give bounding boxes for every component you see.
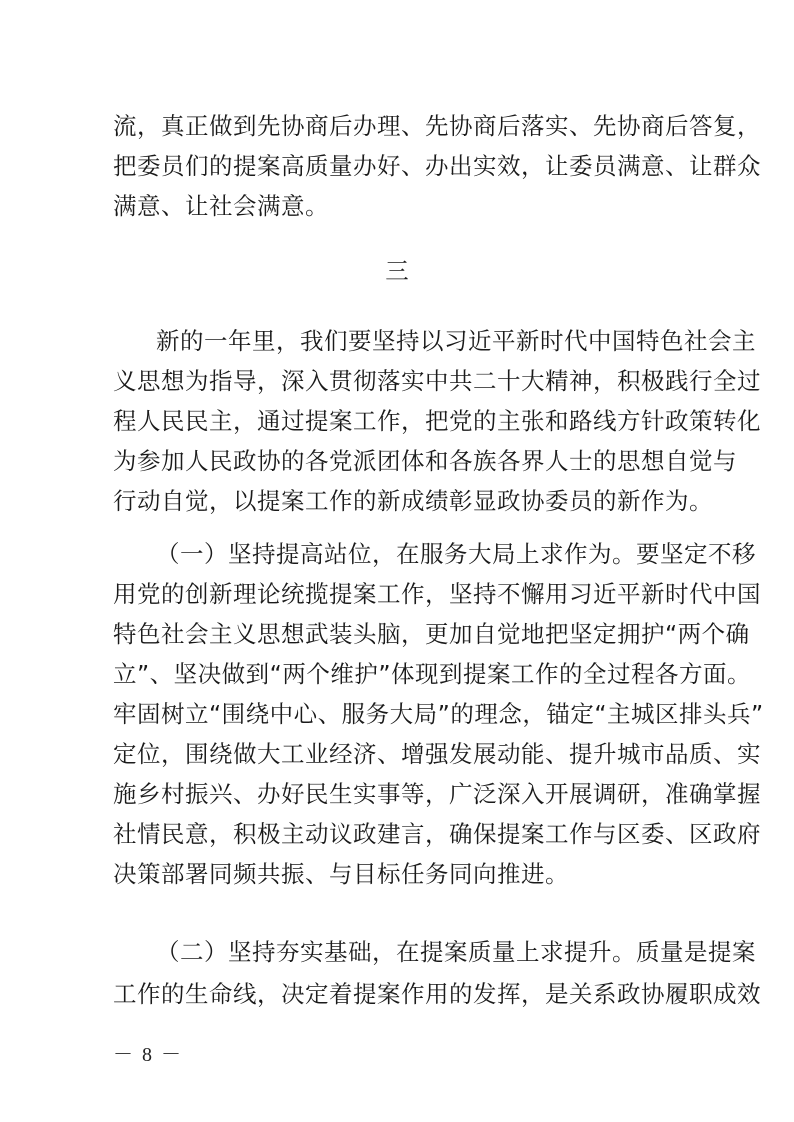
text-line: 把委员们的提案高质量办好、办出实效，让委员满意、让群众	[113, 146, 683, 186]
text-line: 定位，围绕做大工业经济、增强发展动能、提升城市品质、实	[113, 734, 683, 774]
text-line: 工作的生命线，决定着提案作用的发挥，是关系政协履职成效	[113, 974, 683, 1014]
text-line: 为参加人民政协的各党派团体和各族各界人士的思想自觉与	[113, 441, 683, 481]
text-line: 社情民意，积极主动议政建言，确保提案工作与区委、区政府	[113, 814, 683, 854]
text-line: 特色社会主义思想武装头脑，更加自觉地把坚定拥护“两个确	[113, 614, 683, 654]
text-line: 立”、坚决做到“两个维护”体现到提案工作的全过程各方面。	[113, 654, 683, 694]
page-number: － 8 －	[113, 1043, 183, 1067]
text-line: 决策部署同频共振、与目标任务同向推进。	[113, 854, 683, 894]
text-line: 施乡村振兴、办好民生实事等，广泛深入开展调研，准确掌握	[113, 774, 683, 814]
text-line: （一）坚持提高站位，在服务大局上求作为。要坚定不移	[156, 534, 683, 574]
text-line: 行动自觉，以提案工作的新成绩彰显政协委员的新作为。	[113, 481, 683, 521]
text-line: 牢固树立“围绕中心、服务大局”的理念，锚定“主城区排头兵”	[113, 694, 683, 734]
text-line: 满意、让社会满意。	[113, 186, 683, 226]
text-line: 程人民民主，通过提案工作，把党的主张和路线方针政策转化	[113, 401, 683, 441]
document-page: 流，真正做到先协商后办理、先协商后落实、先协商后答复， 把委员们的提案高质量办好…	[0, 0, 794, 1122]
text-line: （二）坚持夯实基础，在提案质量上求提升。质量是提案	[156, 932, 683, 972]
text-line: 义思想为指导，深入贯彻落实中共二十大精神，积极践行全过	[113, 361, 683, 401]
text-line: 用党的创新理论统揽提案工作，坚持不懈用习近平新时代中国	[113, 574, 683, 614]
text-line: 新的一年里，我们要坚持以习近平新时代中国特色社会主	[156, 321, 683, 361]
section-heading: 三	[0, 251, 794, 291]
text-line: 流，真正做到先协商后办理、先协商后落实、先协商后答复，	[113, 106, 683, 146]
